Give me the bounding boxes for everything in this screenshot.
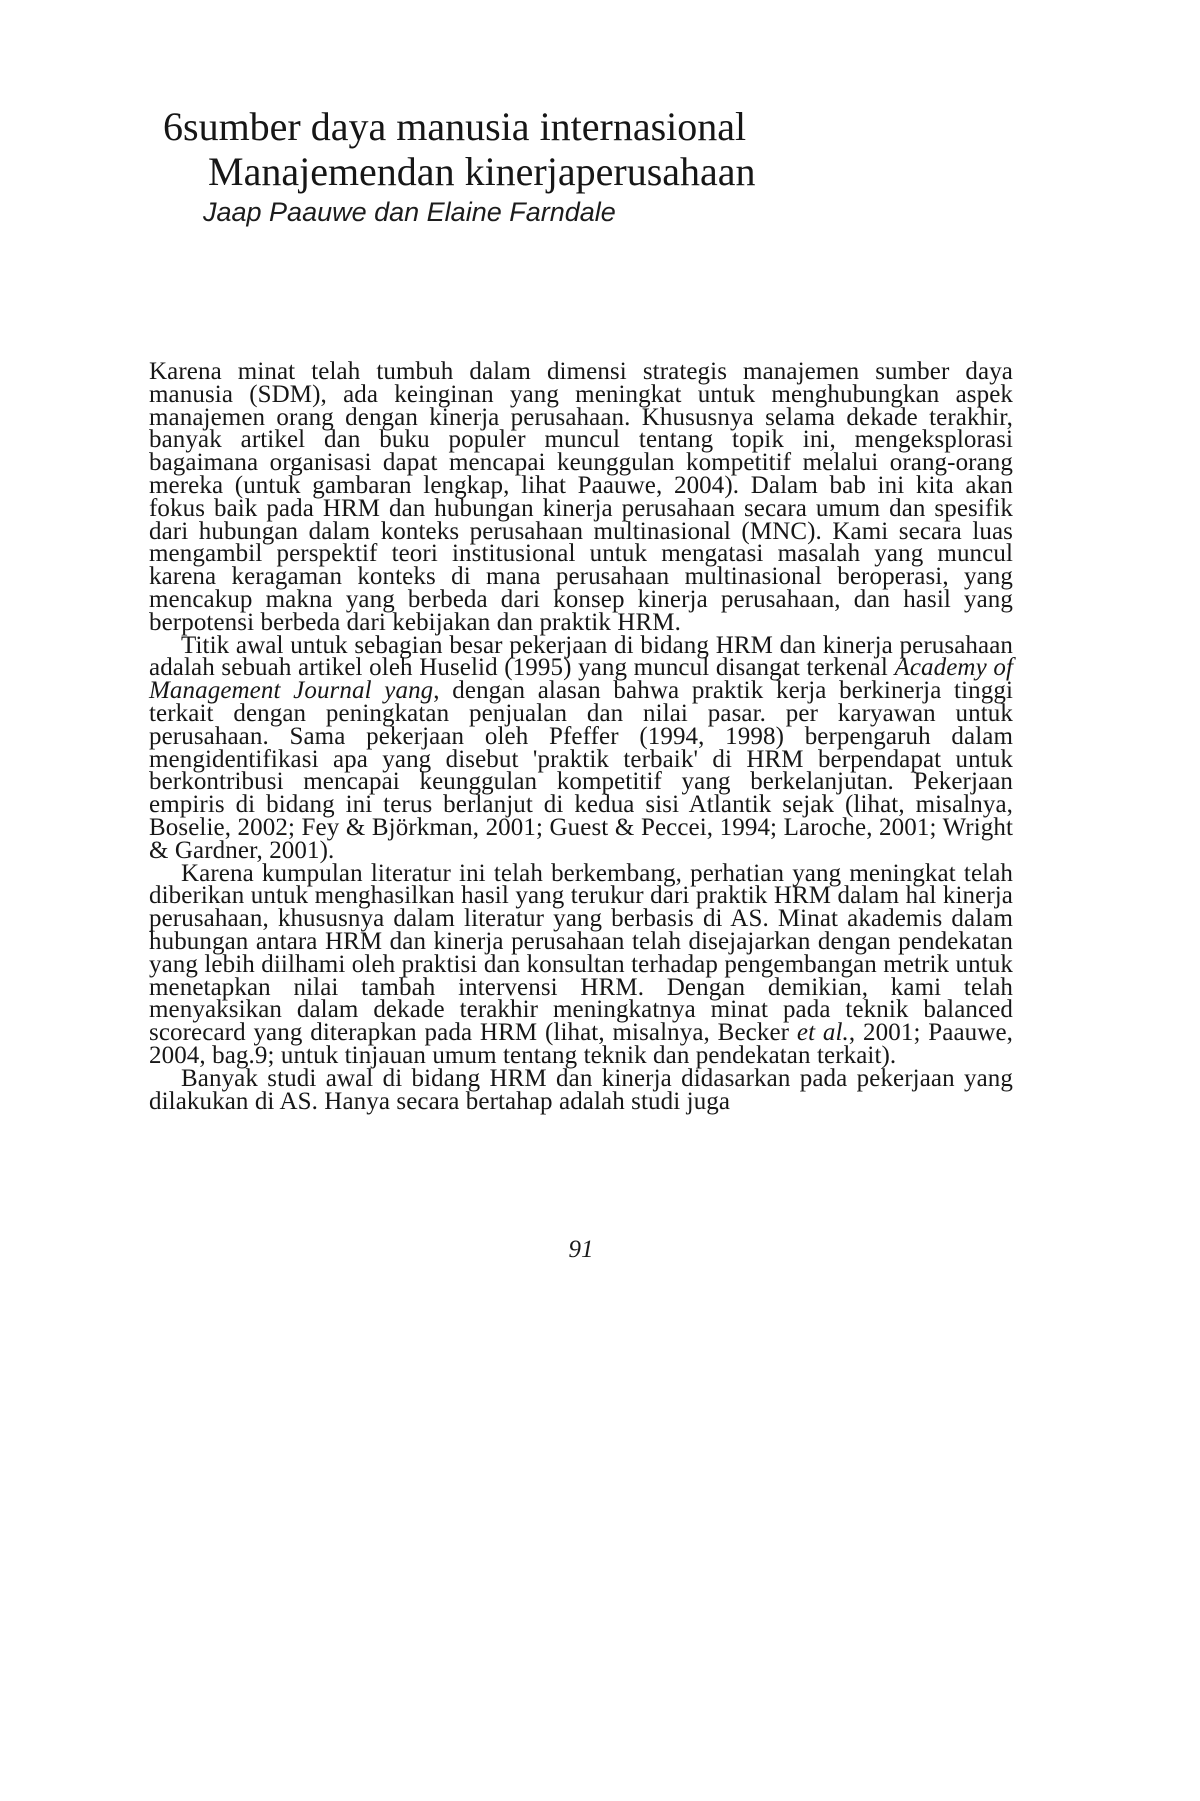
page-number: 91: [149, 1236, 1013, 1264]
text-run: , dengan alasan bahwa praktik kerja berk…: [149, 677, 1013, 864]
paragraph: Titik awal untuk sebagian besar pekerjaa…: [149, 635, 1013, 863]
text-run: Karena kumpulan literatur ini telah berk…: [149, 860, 1013, 1047]
text-run: Titik awal untuk sebagian besar pekerjaa…: [149, 632, 1013, 682]
paragraph: Banyak studi awal di bidang HRM dan kine…: [149, 1068, 1013, 1114]
chapter-title-line2: Manajemendan kinerjaperusahaan: [208, 149, 756, 194]
text-run: Karena minat telah tumbuh dalam dimensi …: [149, 358, 1013, 636]
chapter-header: 6sumber daya manusia internasional Manaj…: [163, 104, 756, 228]
chapter-authors: Jaap Paauwe dan Elaine Farndale: [203, 197, 756, 228]
paragraph: Karena minat telah tumbuh dalam dimensi …: [149, 361, 1013, 635]
document-page: 6sumber daya manusia internasional Manaj…: [0, 0, 1200, 1801]
chapter-title-line1: 6sumber daya manusia internasional: [163, 104, 756, 149]
text-run: Banyak studi awal di bidang HRM dan kine…: [149, 1065, 1013, 1115]
paragraph: Karena kumpulan literatur ini telah berk…: [149, 863, 1013, 1068]
body-text: Karena minat telah tumbuh dalam dimensi …: [149, 361, 1013, 1113]
